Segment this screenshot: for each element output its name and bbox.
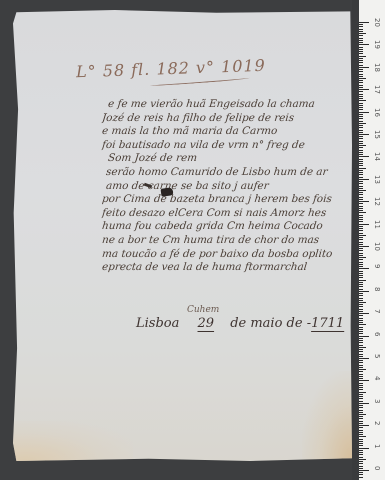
- ruler-tick: [359, 405, 363, 406]
- ruler-tick: [359, 210, 363, 211]
- ruler-tick: [359, 340, 363, 341]
- ruler-tick: [359, 233, 363, 234]
- ruler-tick: [359, 127, 363, 128]
- ruler-tick: [359, 349, 363, 350]
- body-line: ma toucão a fé de por baixo da bosba opl…: [101, 248, 348, 262]
- ruler-tick: [359, 215, 363, 216]
- ruler-tick: [359, 159, 363, 160]
- ruler-tick: [359, 239, 363, 240]
- ruler-tick: [359, 98, 363, 99]
- ruler-tick: [359, 468, 363, 469]
- ruler-tick: [359, 58, 363, 59]
- ruler-tick: [359, 360, 363, 361]
- ruler-tick: [359, 383, 363, 384]
- ruler-tick: [359, 376, 363, 377]
- ruler-tick: [359, 123, 366, 124]
- ruler-tick: [359, 385, 363, 386]
- ruler-tick: [359, 423, 363, 424]
- ruler-tick: [359, 452, 363, 453]
- ruler-tick: [359, 170, 363, 171]
- ruler-tick: [359, 219, 363, 220]
- ruler-tick: [359, 38, 363, 39]
- document-scan: L° 58 fl. 182 v° 1019 e fe me vierão huã…: [0, 0, 385, 480]
- body-line: e mais la tho mã maria da Carmo: [101, 125, 348, 139]
- ruler-tick: [359, 145, 366, 146]
- ruler-tick: [359, 230, 363, 231]
- ruler-tick: [359, 226, 363, 227]
- ruler-tick: [359, 203, 363, 204]
- ruler-tick: [359, 477, 363, 478]
- ruler-tick: [359, 206, 363, 207]
- ruler-tick: [359, 80, 363, 81]
- ruler-tick: [359, 466, 363, 467]
- ruler-tick: [359, 432, 363, 433]
- ruler-tick: [359, 109, 363, 110]
- ruler-shadow: [352, 0, 359, 480]
- ruler-tick: [359, 152, 363, 153]
- body-line: foi bautisado na vila de vrm n° freg de: [101, 139, 348, 153]
- ruler-tick: [359, 197, 363, 198]
- ruler-tick: [359, 410, 363, 411]
- ruler-label: 13: [373, 175, 381, 187]
- ruler-tick: [359, 65, 363, 66]
- ruler-tick: [359, 443, 363, 444]
- ruler-tick: [359, 264, 363, 265]
- ruler-tick: [359, 78, 366, 79]
- ruler-tick: [359, 347, 366, 348]
- ruler-label: 6: [373, 332, 381, 344]
- ruler-tick: [359, 105, 363, 106]
- ruler-tick: [359, 74, 363, 75]
- ruler-tick: [359, 284, 363, 285]
- ruler-tick: [359, 304, 363, 305]
- ruler-tick: [359, 259, 363, 260]
- body-line: e fe me vierão huã Engeisado la chama: [107, 98, 348, 112]
- ruler-tick: [359, 49, 363, 50]
- ruler-tick: [359, 354, 363, 355]
- ruler-tick: [359, 67, 369, 68]
- ruler-tick: [359, 71, 363, 72]
- ruler-tick: [359, 427, 363, 428]
- ruler-tick: [359, 362, 363, 363]
- ruler-tick: [359, 380, 369, 381]
- ruler-tick: [359, 275, 363, 276]
- ruler-tick: [359, 47, 363, 48]
- body-line: Som Jozé de rem: [107, 152, 348, 166]
- ruler-label: 4: [373, 376, 381, 388]
- ruler-tick: [359, 192, 363, 193]
- ruler-tick: [359, 448, 369, 449]
- ruler-tick: [359, 91, 363, 92]
- ruler-tick: [359, 53, 363, 54]
- ruler-tick: [359, 44, 369, 45]
- ruler-tick: [359, 463, 363, 464]
- ruler-tick: [359, 412, 363, 413]
- body-line: ne a bor te Cm huma tira de chor do mas: [101, 234, 348, 248]
- ruler-tick: [359, 289, 363, 290]
- ruler-tick: [359, 62, 363, 63]
- ruler-tick: [359, 342, 363, 343]
- date-line: Lisboa 29 de maio de -1711: [136, 316, 344, 331]
- ruler-tick: [359, 286, 363, 287]
- ruler-tick: [359, 82, 363, 83]
- ruler-tick: [359, 116, 363, 117]
- ruler-tick: [359, 367, 363, 368]
- ruler-tick: [359, 329, 363, 330]
- ruler-tick: [359, 100, 366, 101]
- ruler-label: 16: [373, 108, 381, 120]
- ruler-tick: [359, 154, 363, 155]
- ruler-tick: [359, 421, 363, 422]
- ruler-tick: [359, 235, 366, 236]
- ruler-tick: [359, 345, 363, 346]
- ruler-label: 3: [373, 399, 381, 411]
- ruler-tick: [359, 96, 363, 97]
- ruler-tick: [359, 143, 363, 144]
- ruler-tick: [359, 244, 363, 245]
- ruler-label: 0: [373, 466, 381, 478]
- ruler-label: 1: [373, 444, 381, 456]
- ruler-tick: [359, 394, 363, 395]
- ruler-tick: [359, 470, 369, 471]
- ruler-tick: [359, 141, 363, 142]
- ruler-tick: [359, 461, 363, 462]
- body-line: eprecta de vea la de huma ftormarchal: [101, 261, 348, 275]
- ruler-tick: [359, 369, 366, 370]
- ruler-tick: [359, 163, 363, 164]
- ruler-tick: [359, 190, 366, 191]
- ruler-tick: [359, 188, 363, 189]
- ruler-tick: [359, 273, 363, 274]
- ruler-tick: [359, 87, 363, 88]
- ruler-tick: [359, 179, 369, 180]
- ruler-tick: [359, 315, 363, 316]
- ruler-tick: [359, 313, 369, 314]
- ruler-tick: [359, 311, 363, 312]
- ruler-tick: [359, 156, 369, 157]
- ruler-tick: [359, 242, 363, 243]
- ruler-tick: [359, 130, 363, 131]
- body-line: por Cima de bazeta branca j herem bes fo…: [101, 193, 348, 207]
- ruler-tick: [359, 103, 363, 104]
- ruler-tick: [359, 172, 363, 173]
- ruler-label: 20: [373, 18, 381, 30]
- ruler-tick: [359, 40, 363, 41]
- closing-city: Lisboa: [136, 316, 179, 331]
- ruler-tick: [359, 69, 363, 70]
- ruler-tick: [359, 85, 363, 86]
- ruler-tick: [359, 94, 363, 95]
- ruler-tick: [359, 60, 363, 61]
- ruler-label: 19: [373, 40, 381, 52]
- ruler-tick: [359, 246, 369, 247]
- ruler-tick: [359, 436, 366, 437]
- ruler-tick: [359, 302, 366, 303]
- ruler-tick: [359, 138, 363, 139]
- ruler-label: 5: [373, 354, 381, 366]
- ruler-tick: [359, 89, 369, 90]
- ruler-tick: [359, 398, 363, 399]
- ruler-tick: [359, 255, 363, 256]
- ruler-tick: [359, 177, 363, 178]
- ruler-label: 15: [373, 130, 381, 142]
- ruler-tick: [359, 262, 363, 263]
- body-line: Jozé de reis ha filho de felipe de reis: [101, 112, 348, 126]
- ruler-tick: [359, 248, 363, 249]
- ruler-tick: [359, 118, 363, 119]
- ruler-tick: [359, 268, 369, 269]
- closing-year: 1711: [311, 316, 344, 331]
- closing-month: de maio de: [230, 316, 302, 331]
- ruler-tick: [359, 147, 363, 148]
- ruler-tick: [359, 136, 363, 137]
- ruler-tick: [359, 430, 363, 431]
- body-line: huma fou cabeda grida Cm heima Cocado: [101, 220, 348, 234]
- ruler-tick: [359, 51, 363, 52]
- ruler-tick: [359, 194, 363, 195]
- ruler-tick: [359, 250, 363, 251]
- ruler-tick: [359, 165, 363, 166]
- body-line: amo de carne se ba sito j aufer: [105, 180, 348, 194]
- ruler-label: 18: [373, 63, 381, 75]
- ruler-tick: [359, 434, 363, 435]
- ruler-tick: [359, 208, 363, 209]
- ruler-tick: [359, 418, 363, 419]
- ruler-tick: [359, 212, 366, 213]
- ruler-tick: [359, 407, 363, 408]
- ruler-tick: [359, 280, 366, 281]
- ruler-tick: [359, 396, 363, 397]
- ruler-label: 8: [373, 287, 381, 299]
- ruler-tick: [359, 150, 363, 151]
- ruler-tick: [359, 454, 363, 455]
- ruler-tick: [359, 183, 363, 184]
- ruler-tick: [359, 42, 363, 43]
- body-line: serão homo Camurido de Lisbo hum de ar: [105, 166, 348, 180]
- ruler-label: 7: [373, 309, 381, 321]
- ruler-tick: [359, 358, 369, 359]
- ruler-label: 11: [373, 220, 381, 232]
- ruler-tick: [359, 300, 363, 301]
- ruler-tick: [359, 201, 369, 202]
- ruler-tick: [359, 228, 363, 229]
- ruler-tick: [359, 320, 363, 321]
- ruler-tick: [359, 121, 363, 122]
- ruler-tick: [359, 327, 363, 328]
- measuring-ruler: 20191817161514131211109876543210: [359, 0, 385, 480]
- ruler-tick: [359, 295, 363, 296]
- ruler-tick: [359, 282, 363, 283]
- ruler-tick: [359, 392, 366, 393]
- ruler-tick: [359, 333, 363, 334]
- ruler-tick: [359, 107, 363, 108]
- ruler-tick: [359, 374, 363, 375]
- ruler-tick: [359, 33, 366, 34]
- ruler-tick: [359, 22, 369, 23]
- ruler-tick: [359, 174, 363, 175]
- ruler-tick: [359, 168, 366, 169]
- ruler-tick: [359, 161, 363, 162]
- ruler-tick: [359, 309, 363, 310]
- ruler-tick: [359, 293, 363, 294]
- ruler-tick: [359, 318, 363, 319]
- signature-word: Cuhem: [187, 305, 219, 315]
- ruler-tick: [359, 24, 363, 25]
- ruler-tick: [359, 414, 366, 415]
- ruler-tick: [359, 221, 363, 222]
- ruler-tick: [359, 365, 363, 366]
- ruler-tick: [359, 322, 363, 323]
- ruler-tick: [359, 306, 363, 307]
- foxing-stain-bottom-right: [302, 371, 352, 461]
- ruler-tick: [359, 457, 363, 458]
- ruler-tick: [359, 237, 363, 238]
- ruler-tick: [359, 224, 369, 225]
- letter-body: e fe me vierão huã Engeisado la chama Jo…: [108, 98, 348, 275]
- ruler-tick: [359, 338, 363, 339]
- body-line: feito desazo elCera Com si nais Amorz he…: [101, 207, 348, 221]
- ruler-tick: [359, 389, 363, 390]
- ruler-tick: [359, 351, 363, 352]
- ruler-tick: [359, 425, 369, 426]
- ruler-label: 12: [373, 197, 381, 209]
- ruler-tick: [359, 371, 363, 372]
- ruler-tick: [359, 132, 363, 133]
- ruler-label: 10: [373, 242, 381, 254]
- ruler-tick: [359, 217, 363, 218]
- foxing-stain-bottom-left: [13, 421, 133, 461]
- ruler-tick: [359, 378, 363, 379]
- closing-day: 29: [198, 316, 215, 331]
- ruler-tick: [359, 445, 363, 446]
- ruler-tick: [359, 31, 363, 32]
- ruler-tick: [359, 277, 363, 278]
- ruler-tick: [359, 26, 363, 27]
- ruler-tick: [359, 403, 369, 404]
- ruler-label: 17: [373, 85, 381, 97]
- ruler-tick: [359, 401, 363, 402]
- ruler-tick: [359, 199, 363, 200]
- ruler-tick: [359, 29, 363, 30]
- ruler-tick: [359, 271, 363, 272]
- ruler-tick: [359, 336, 369, 337]
- ruler-tick: [359, 112, 369, 113]
- ruler-tick: [359, 266, 363, 267]
- ruler-tick: [359, 356, 363, 357]
- ruler-label: 9: [373, 264, 381, 276]
- ruler-tick: [359, 331, 363, 332]
- ruler-tick: [359, 134, 369, 135]
- ruler-tick: [359, 459, 366, 460]
- ruler-tick: [359, 291, 369, 292]
- ruler-tick: [359, 114, 363, 115]
- ruler-label: 2: [373, 421, 381, 433]
- ruler-tick: [359, 439, 363, 440]
- ruler-tick: [359, 35, 363, 36]
- ruler-tick: [359, 56, 366, 57]
- ruler-tick: [359, 416, 363, 417]
- ruler-tick: [359, 441, 363, 442]
- ruler-tick: [359, 257, 366, 258]
- ruler-tick: [359, 181, 363, 182]
- ruler-label: 14: [373, 152, 381, 164]
- ruler-tick: [359, 472, 363, 473]
- ruler-tick: [359, 474, 363, 475]
- ruler-tick: [359, 298, 363, 299]
- ruler-tick: [359, 253, 363, 254]
- ruler-tick: [359, 450, 363, 451]
- ruler-tick: [359, 76, 363, 77]
- ruler-tick: [359, 324, 366, 325]
- ruler-tick: [359, 387, 363, 388]
- ruler-tick: [359, 125, 363, 126]
- ruler-tick: [359, 186, 363, 187]
